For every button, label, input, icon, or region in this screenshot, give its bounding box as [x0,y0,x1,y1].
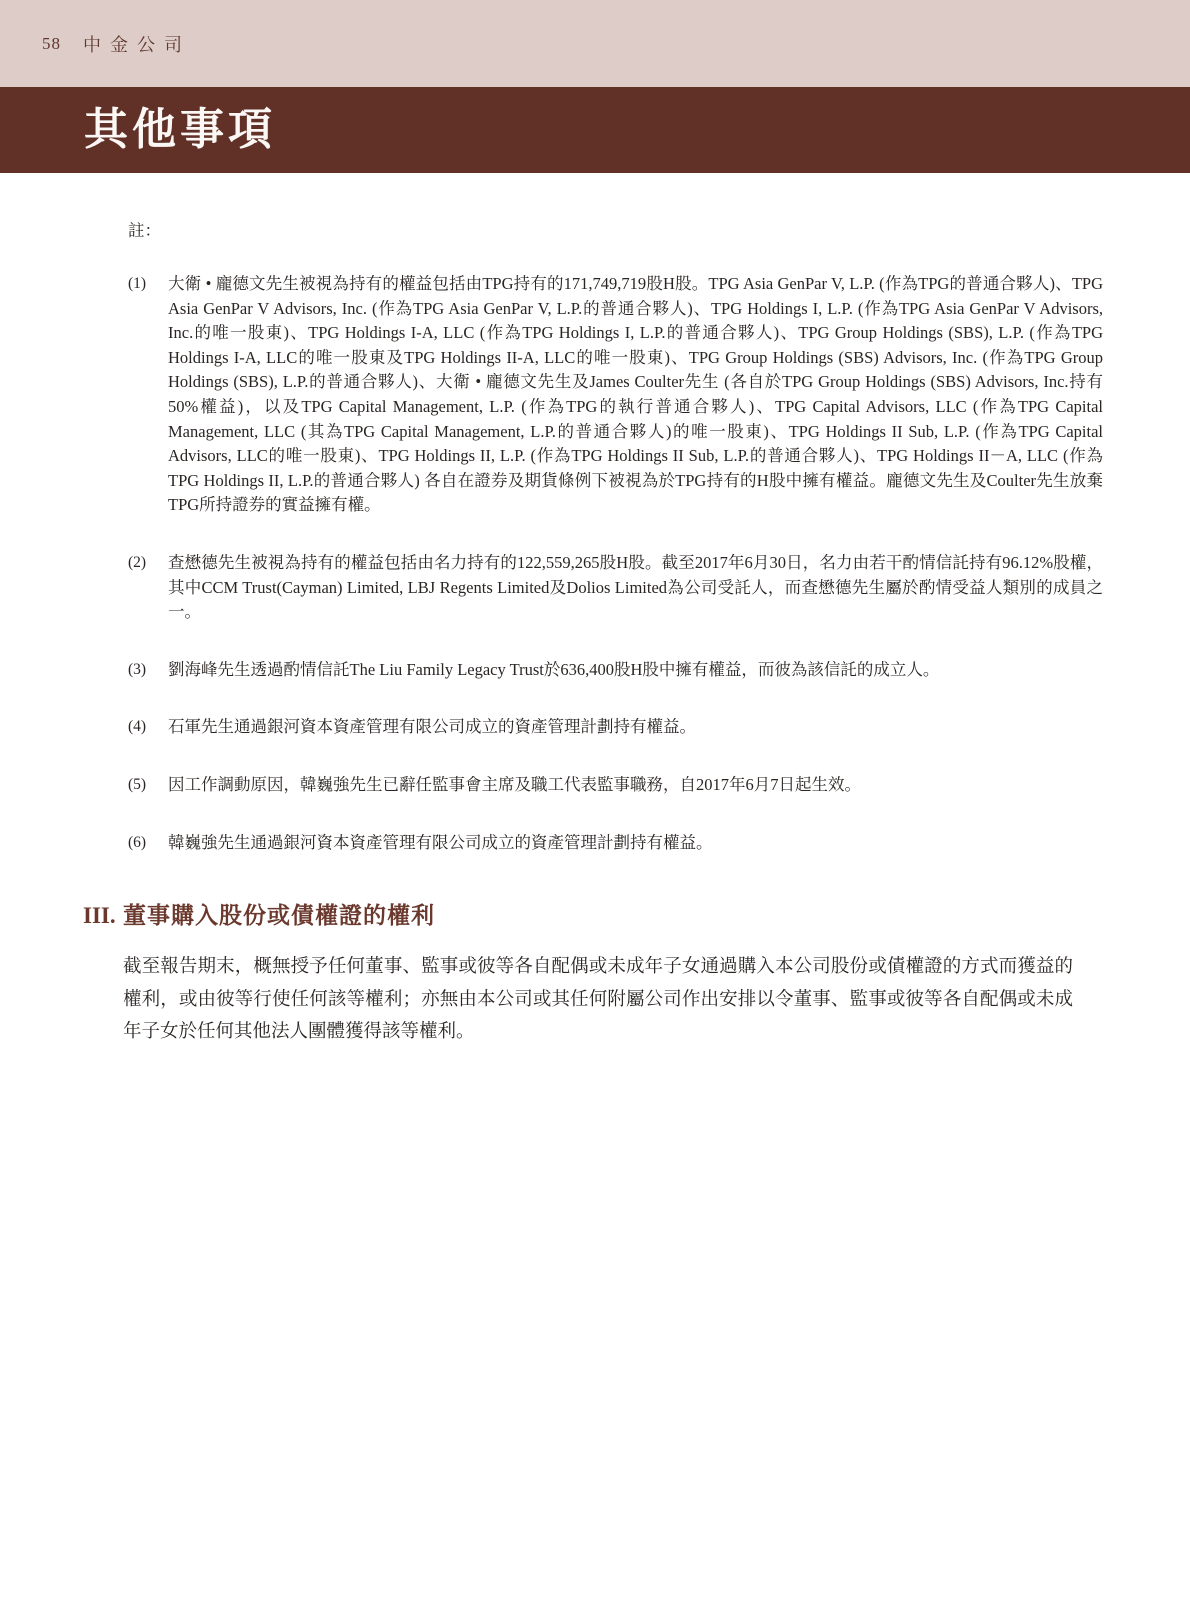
note-number: (3) [128,658,168,683]
note-text: 查懋德先生被視為持有的權益包括由名力持有的122,559,265股H股。截至20… [168,551,1103,625]
company-name: 中金公司 [83,31,191,57]
section-title: 董事購入股份或債權證的權利 [123,901,435,931]
notes-label: 註： [128,219,1190,243]
note-number: (5) [128,773,168,798]
note-item: (1) 大衛 • 龐德文先生被視為持有的權益包括由TPG持有的171,749,7… [128,272,1190,518]
note-number: (4) [128,715,168,740]
notes-list: (1) 大衛 • 龐德文先生被視為持有的權益包括由TPG持有的171,749,7… [0,272,1190,855]
note-text: 大衛 • 龐德文先生被視為持有的權益包括由TPG持有的171,749,719股H… [168,272,1103,518]
note-text: 韓巍強先生通過銀河資本資產管理有限公司成立的資產管理計劃持有權益。 [168,831,1103,856]
section-number: III. [83,901,123,931]
page-header: 58 中金公司 [0,0,1190,87]
section-iii: III. 董事購入股份或債權證的權利 截至報告期末，概無授予任何董事、監事或彼等… [0,901,1190,1049]
note-item: (4) 石軍先生通過銀河資本資產管理有限公司成立的資產管理計劃持有權益。 [128,715,1190,740]
section-paragraph: 截至報告期末，概無授予任何董事、監事或彼等各自配偶或未成年子女通過購入本公司股份… [123,951,1073,1049]
note-number: (1) [128,272,168,518]
section-banner: 其他事項 [0,87,1190,173]
note-item: (6) 韓巍強先生通過銀河資本資產管理有限公司成立的資產管理計劃持有權益。 [128,831,1190,856]
note-text: 因工作調動原因，韓巍強先生已辭任監事會主席及職工代表監事職務，自2017年6月7… [168,773,1103,798]
note-item: (2) 查懋德先生被視為持有的權益包括由名力持有的122,559,265股H股。… [128,551,1190,625]
note-text: 石軍先生通過銀河資本資產管理有限公司成立的資產管理計劃持有權益。 [168,715,1103,740]
note-item: (3) 劉海峰先生透過酌情信託The Liu Family Legacy Tru… [128,658,1190,683]
note-item: (5) 因工作調動原因，韓巍強先生已辭任監事會主席及職工代表監事職務，自2017… [128,773,1190,798]
page-number: 58 [42,34,61,54]
note-number: (6) [128,831,168,856]
note-number: (2) [128,551,168,625]
section-heading: III. 董事購入股份或債權證的權利 [83,901,1190,931]
page-content: 註： (1) 大衛 • 龐德文先生被視為持有的權益包括由TPG持有的171,74… [0,219,1190,1049]
note-text: 劉海峰先生透過酌情信託The Liu Family Legacy Trust於6… [168,658,1103,683]
banner-title: 其他事項 [84,108,276,152]
document-page: 58 中金公司 其他事項 註： (1) 大衛 • 龐德文先生被視為持有的權益包括… [0,0,1190,1615]
